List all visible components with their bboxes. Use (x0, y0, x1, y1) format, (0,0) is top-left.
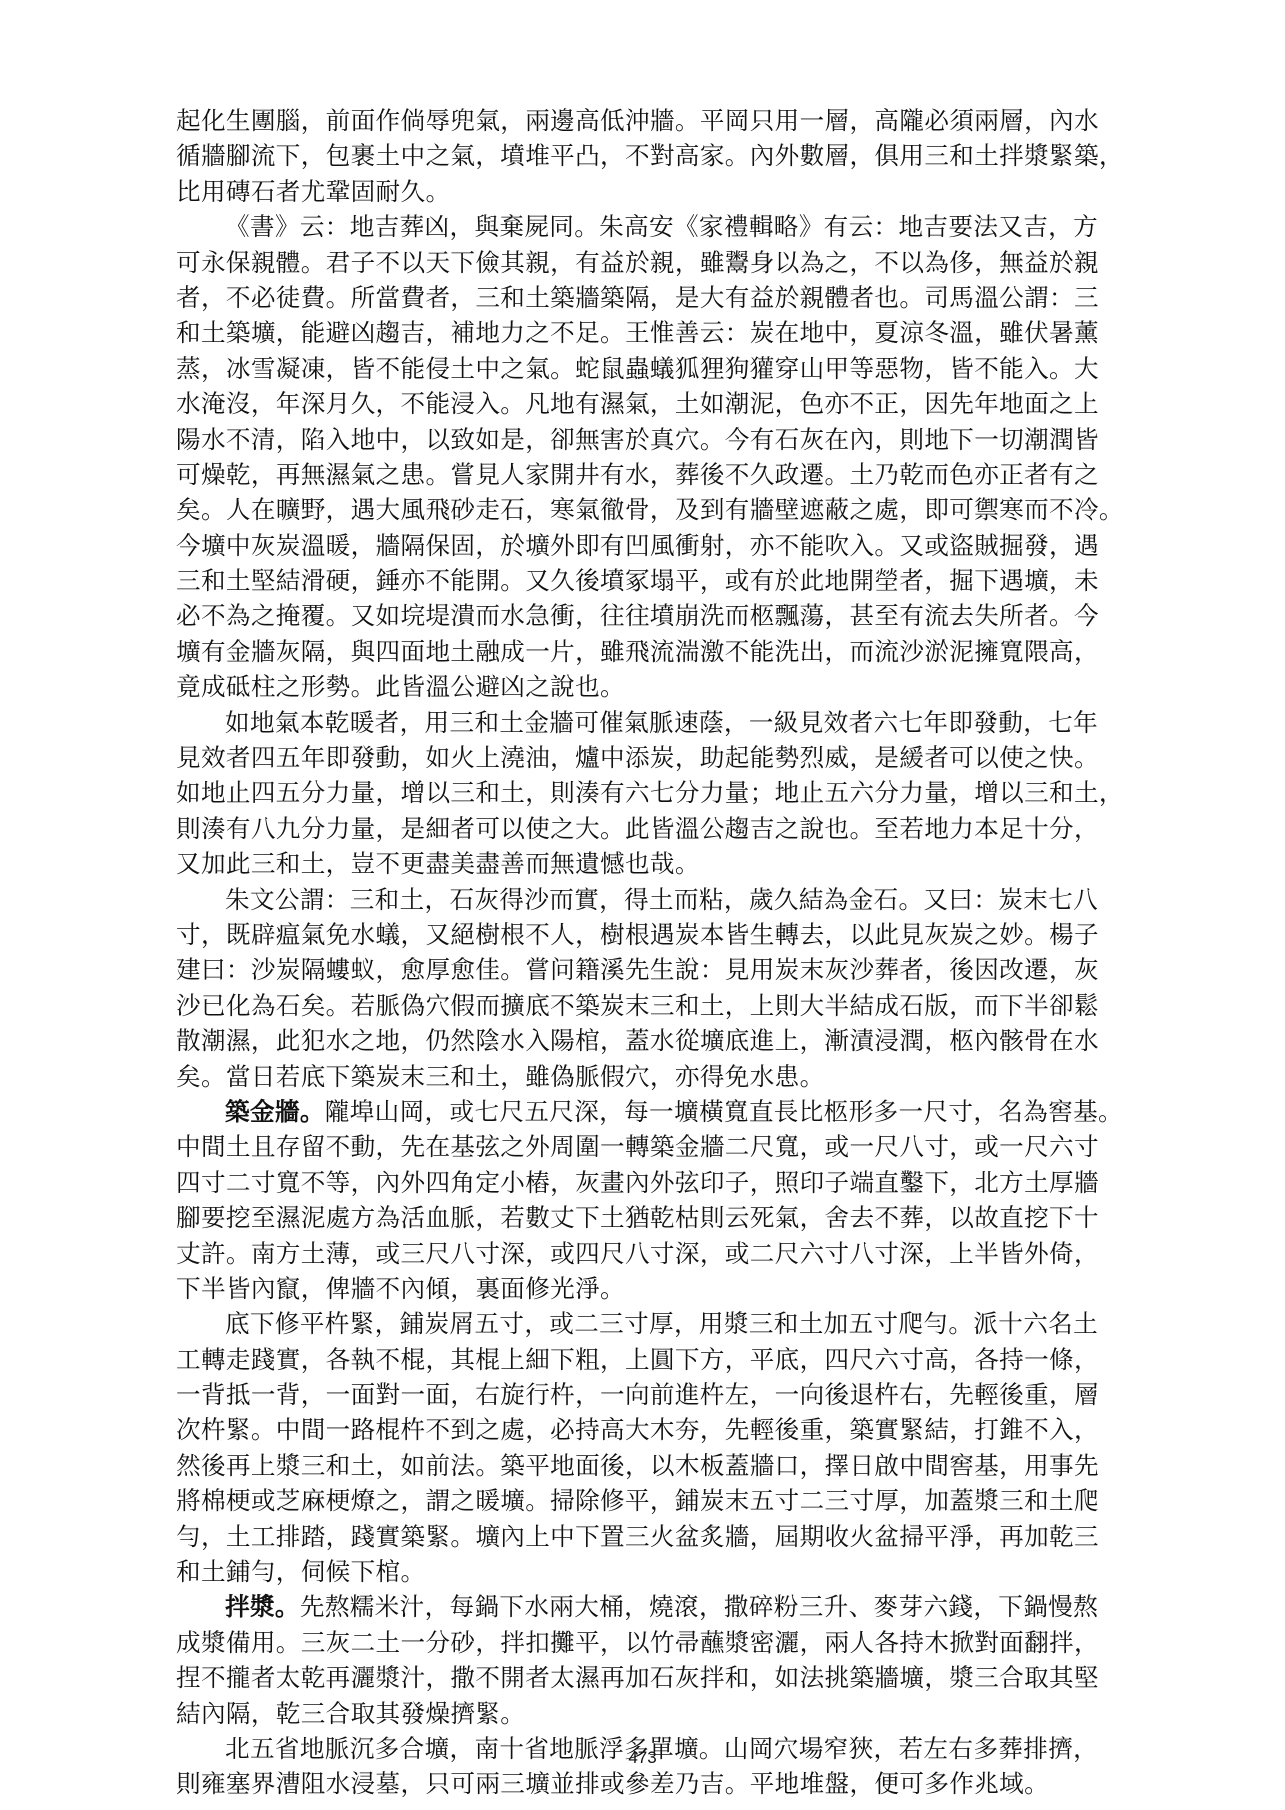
section-heading: 築金牆。 (225, 1097, 325, 1126)
document-page: 起化生團腦，前面作倘辱兜氣，兩邊高低沖牆。平岡只用一層，高隴必須兩層，內水 循牆… (176, 103, 1136, 1802)
text-line: 比用磚石者尤鞏固耐久。 (176, 174, 1136, 209)
text-line: 則湊有八九分力量，是細者可以使之大。此皆溫公趨吉之說也。至若地力本足十分， (176, 811, 1136, 846)
text-line: 次杵緊。中間一路棍杵不到之處，必持高大木夯，先輕後重，築實緊結，打錐不入， (176, 1412, 1136, 1447)
paragraph: 底下修平杵緊，鋪炭屑五寸，或二三寸厚，用漿三和土加五寸爬勻。派十六名土 工轉走踐… (176, 1306, 1136, 1589)
text-line: 築金牆。隴埠山岡，或七尺五尺深，每一壙橫寬直長比柩形多一尺寸，名為窖基。 (176, 1094, 1136, 1129)
text-line: 結內隔，乾三合取其發燥擠緊。 (176, 1696, 1136, 1731)
paragraph: 《書》云：地吉葬凶，與棄屍同。朱高安《家禮輯略》有云：地吉要法又吉，方 可永保親… (176, 209, 1136, 704)
text-line: 然後再上漿三和土，如前法。築平地面後，以木板蓋牆口，擇日啟中間窖基，用事先 (176, 1448, 1136, 1483)
text-line: 矣。當日若底下築炭末三和土，雖偽脈假穴，亦得免水患。 (176, 1059, 1136, 1094)
page-number: 473 (0, 1748, 1285, 1768)
paragraph-build-gold-wall: 築金牆。隴埠山岡，或七尺五尺深，每一壙橫寬直長比柩形多一尺寸，名為窖基。 中間土… (176, 1094, 1136, 1306)
paragraph: 如地氣本乾暖者，用三和土金牆可催氣脈速蔭，一級見效者六七年即發動，七年 見效者四… (176, 705, 1136, 882)
text-line: 底下修平杵緊，鋪炭屑五寸，或二三寸厚，用漿三和土加五寸爬勻。派十六名土 (176, 1306, 1136, 1341)
text-line: 可燥乾，再無濕氣之患。嘗見人家開井有水，葬後不久政遷。土乃乾而色亦正者有之 (176, 457, 1136, 492)
text-line: 如地氣本乾暖者，用三和土金牆可催氣脈速蔭，一級見效者六七年即發動，七年 (176, 705, 1136, 740)
text-line: 和土築壙，能避凶趨吉，補地力之不足。王惟善云：炭在地中，夏涼冬溫，雖伏暑薰 (176, 315, 1136, 350)
text-line: 如地止四五分力量，增以三和土，則湊有六七分力量；地止五六分力量，增以三和土， (176, 775, 1136, 810)
text-line: 一背抵一背，一面對一面，右旋行杵，一向前進杵左，一向後退杵右，先輕後重，層 (176, 1377, 1136, 1412)
text-line: 三和土堅結滑硬，錘亦不能開。又久後墳冢塌平，或有於此地開塋者，掘下遇壙，未 (176, 563, 1136, 598)
paragraph: 起化生團腦，前面作倘辱兜氣，兩邊高低沖牆。平岡只用一層，高隴必須兩層，內水 循牆… (176, 103, 1136, 209)
text-line: 循牆腳流下，包裹土中之氣，墳堆平凸，不對高家。內外數層，俱用三和土拌漿緊築， (176, 138, 1136, 173)
text-line: 《書》云：地吉葬凶，與棄屍同。朱高安《家禮輯略》有云：地吉要法又吉，方 (176, 209, 1136, 244)
text-line: 建曰：沙炭隔螻蚁，愈厚愈佳。嘗问籍溪先生說：見用炭末灰沙葬者，後因改遷，灰 (176, 952, 1136, 987)
text-line: 和土鋪勻，伺候下棺。 (176, 1554, 1136, 1589)
text-line: 起化生團腦，前面作倘辱兜氣，兩邊高低沖牆。平岡只用一層，高隴必須兩層，內水 (176, 103, 1136, 138)
text-line: 矣。人在曠野，遇大風飛砂走石，寒氣徹骨，及到有牆壁遮蔽之處，即可禦寒而不冷。 (176, 492, 1136, 527)
text-line: 拌漿。先熬糯米汁，每鍋下水兩大桶，燒滾，撒碎粉三升、麥芽六錢，下鍋慢熬 (176, 1589, 1136, 1624)
text-line: 沙已化為石矣。若脈偽穴假而擴底不築炭末三和土，上則大半結成石版，而下半卻鬆 (176, 988, 1136, 1023)
text-run: 隴埠山岡，或七尺五尺深，每一壙橫寬直長比柩形多一尺寸，名為窖基。 (325, 1097, 1123, 1126)
text-line: 工轉走踐實，各執不棍，其棍上細下粗，上圓下方，平底，四尺六寸高，各持一條， (176, 1342, 1136, 1377)
text-line: 則雍塞界漕阻水浸墓，只可兩三壙並排或參差乃吉。平地堆盤，便可多作兆域。 (176, 1766, 1136, 1801)
section-heading: 拌漿。 (225, 1592, 300, 1621)
text-line: 四寸二寸寬不等，內外四角定小樁，灰畫內外弦印子，照印子端直鑿下，北方土厚牆 (176, 1165, 1136, 1200)
text-line: 可永保親體。君子不以天下儉其親，有益於親，雖鬻身以為之，不以為侈，無益於親 (176, 245, 1136, 280)
text-line: 丈許。南方土薄，或三尺八寸深，或四尺八寸深，或二尺六寸八寸深，上半皆外倚， (176, 1236, 1136, 1271)
text-line: 成漿備用。三灰二土一分砂，拌扣攤平，以竹帚蘸漿密灑，兩人各持木掀對面翻拌， (176, 1625, 1136, 1660)
text-line: 壙有金牆灰隔，與四面地土融成一片，雖飛流湍激不能洗出，而流沙淤泥擁寬隈高， (176, 634, 1136, 669)
text-line: 水淹沒，年深月久，不能浸入。凡地有濕氣，土如潮泥，色亦不正，因先年地面之上 (176, 386, 1136, 421)
text-line: 寸，既辟瘟氣免水蟻，又絕樹根不人，樹根遇炭本皆生轉去，以此見灰炭之妙。楊子 (176, 917, 1136, 952)
text-line: 見效者四五年即發動，如火上澆油，爐中添炭，助起能勢烈威，是緩者可以使之快。 (176, 740, 1136, 775)
text-line: 竟成砥柱之形勢。此皆溫公避凶之說也。 (176, 669, 1136, 704)
text-line: 腳要挖至濕泥處方為活血脈，若數丈下土猶乾枯則云死氣，舍去不葬，以故直挖下十 (176, 1200, 1136, 1235)
text-run: 先熬糯米汁，每鍋下水兩大桶，燒滾，撒碎粉三升、麥芽六錢，下鍋慢熬 (300, 1592, 1098, 1621)
paragraph-mix-slurry: 拌漿。先熬糯米汁，每鍋下水兩大桶，燒滾，撒碎粉三升、麥芽六錢，下鍋慢熬 成漿備用… (176, 1589, 1136, 1731)
text-line: 必不為之掩覆。又如垸堤潰而水急衝，往往墳崩洗而柩飄蕩，甚至有流去失所者。今 (176, 598, 1136, 633)
text-line: 捏不攏者太乾再灑漿汁，撒不開者太濕再加石灰拌和，如法挑築牆壙，漿三合取其堅 (176, 1660, 1136, 1695)
text-line: 蒸，冰雪凝凍，皆不能侵土中之氣。蛇鼠蟲蟻狐狸狗獾穿山甲等惡物，皆不能入。大 (176, 351, 1136, 386)
text-line: 中間土且存留不動，先在基弦之外周圍一轉築金牆二尺寬，或一尺八寸，或一尺六寸 (176, 1129, 1136, 1164)
text-line: 下半皆內竄，俾牆不內傾，裏面修光淨。 (176, 1271, 1136, 1306)
text-line: 將棉梗或芝麻梗燎之，謂之暖壙。掃除修平，鋪炭末五寸二三寸厚，加蓋漿三和土爬 (176, 1483, 1136, 1518)
text-line: 陽水不清，陷入地中，以致如是，卻無害於真穴。今有石灰在內，則地下一切潮潤皆 (176, 422, 1136, 457)
text-line: 者，不必徒費。所當費者，三和土築牆築隔，是大有益於親體者也。司馬溫公謂：三 (176, 280, 1136, 315)
text-line: 今壙中灰炭溫暖，牆隔保固，於壙外即有凹風衝射，亦不能吹入。又或盜賊掘發，遇 (176, 528, 1136, 563)
text-line: 又加此三和土，豈不更盡美盡善而無遺憾也哉。 (176, 846, 1136, 881)
paragraph: 朱文公謂：三和土，石灰得沙而實，得土而粘，歲久結為金石。又曰：炭末七八 寸，既辟… (176, 882, 1136, 1094)
text-line: 散潮濕，此犯水之地，仍然陰水入陽棺，蓋水從壙底進上，漸漬浸潤，柩內骸骨在水 (176, 1023, 1136, 1058)
text-line: 朱文公謂：三和土，石灰得沙而實，得土而粘，歲久結為金石。又曰：炭末七八 (176, 882, 1136, 917)
text-line: 勻，土工排踏，踐實築緊。壙內上中下置三火盆炙牆，屆期收火盆掃平淨，再加乾三 (176, 1519, 1136, 1554)
